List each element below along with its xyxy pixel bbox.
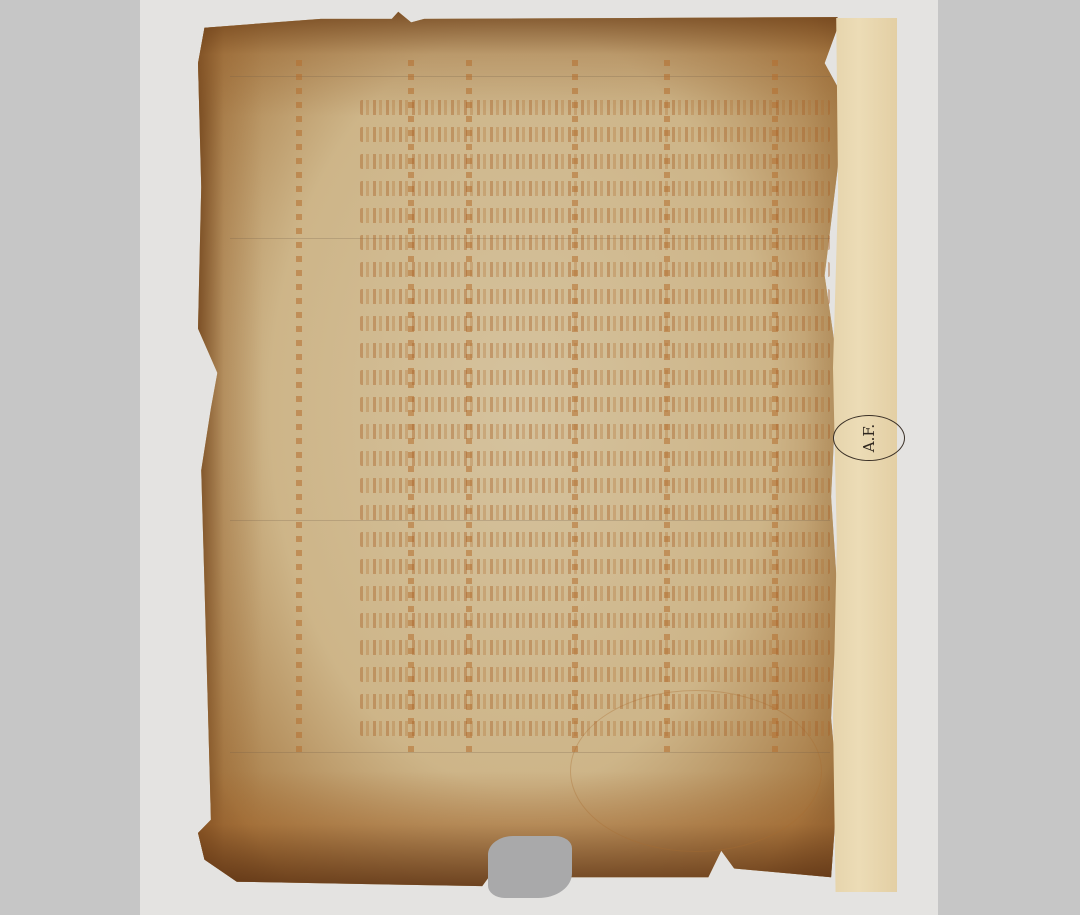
undertext-column <box>296 60 302 760</box>
ruling-line <box>230 76 830 77</box>
stamp-text: A.F. <box>860 424 878 452</box>
manuscript-text-block <box>360 100 830 760</box>
repair-patch <box>488 836 572 898</box>
collection-stamp: A.F. <box>833 415 905 461</box>
